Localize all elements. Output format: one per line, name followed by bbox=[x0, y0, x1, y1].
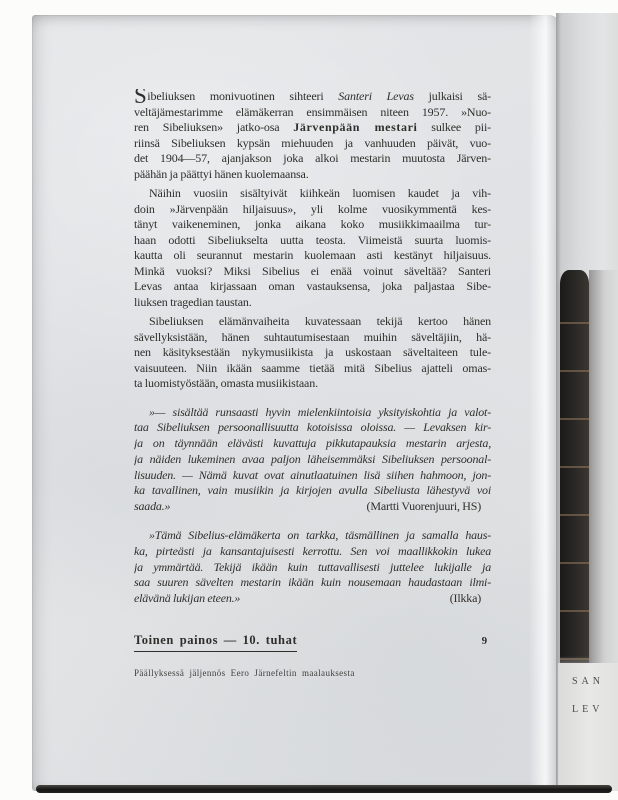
text-segment: det 1904—57, ajanjakson joka alkoi mesta… bbox=[134, 151, 491, 165]
text-line: Näihin vuosiin sisältyivät kiihkeän luom… bbox=[134, 186, 491, 202]
dust-jacket-back-cover: Sibeliuksen monivuotinen sihteeri Santer… bbox=[32, 15, 559, 791]
text-line: Levas antaa kirjassaan oman vastauksensa… bbox=[134, 279, 491, 295]
text-segment: saa suuren sävelten mestarin ikään kuin … bbox=[134, 575, 491, 589]
text-segment: »— sisältää runsaasti hyvin mielenkiinto… bbox=[149, 405, 491, 419]
text-segment: veltäjämestarimme elämäkerran ensimmäise… bbox=[134, 105, 491, 119]
cover-art-credit: Päällyksessä jäljennös Eero Järnefeltin … bbox=[134, 666, 491, 682]
text-line: saa suuren sävelten mestarin ikään kuin … bbox=[134, 575, 491, 591]
text-segment: julkaisi sä- bbox=[414, 89, 491, 103]
text-line: nen käsityksestään nykymusiikista ja usk… bbox=[134, 345, 491, 361]
review-quote-vuorenjuuri: »— sisältää runsaasti hyvin mielenkiinto… bbox=[134, 405, 491, 516]
text-line: ja näiden lukeminen avaa paljon läheisem… bbox=[134, 452, 491, 468]
book-block-spine bbox=[560, 270, 589, 666]
text-line: riinsä Sibeliuksen kypsän miehuuden ja v… bbox=[134, 136, 491, 152]
text-segment: sulkee pii- bbox=[417, 120, 491, 134]
text-line: det 1904—57, ajanjakson joka alkoi mesta… bbox=[134, 151, 491, 167]
text-segment: ta luomistyöstään, omasta musiikistaan. bbox=[134, 376, 318, 390]
text-segment: ibeliuksen monivuotinen sihteeri bbox=[147, 89, 338, 103]
text-segment: ja on täynnään elävästi kuvattuja pikkut… bbox=[134, 436, 491, 450]
text-line: doin »Järvenpään hiljaisuus», yli kolme … bbox=[134, 202, 491, 218]
contents-paragraph: Sibeliuksen elämänvaiheita kuvatessaan t… bbox=[134, 314, 491, 392]
text-segment: Levas antaa kirjassaan oman vastauksensa… bbox=[134, 279, 491, 293]
text-segment: doin »Järvenpään hiljaisuus», yli kolme … bbox=[134, 202, 491, 216]
text-line: ren Sibeliuksen» jatko-osa Järvenpään me… bbox=[134, 120, 491, 136]
text-line: ta luomistyöstään, omasta musiikistaan. bbox=[134, 376, 491, 392]
text-line: taa Sibeliuksen persoonallisuutta kotois… bbox=[134, 420, 491, 436]
text-segment: ka, pirteästi ja kansantajuisesti kerrot… bbox=[134, 544, 491, 558]
text-line: päähän ja päättyi hänen kuolemaansa. bbox=[134, 167, 491, 183]
text-segment: liuksen tragedian taustan. bbox=[134, 295, 252, 309]
book-block-shadow bbox=[589, 270, 618, 666]
text-segment: elävänä lukijan eteen.» bbox=[134, 591, 240, 607]
text-segment: Järvenpään mestari bbox=[293, 120, 417, 134]
text-line: Sibeliuksen elämänvaiheita kuvatessaan t… bbox=[134, 314, 491, 330]
page-number: 9 bbox=[482, 634, 491, 650]
quote-attribution: (Martti Vuorenjuuri, HS) bbox=[367, 499, 491, 515]
text-segment: Sibeliuksen elämänvaiheita kuvatessaan t… bbox=[149, 314, 491, 328]
spine-author-line-1: SAN bbox=[572, 676, 618, 687]
text-segment: Santeri Levas bbox=[338, 89, 414, 103]
text-segment: vaisuuteen. Niin ikään saamme tietää mit… bbox=[134, 361, 491, 375]
text-line: kautta oli seurannut mestarin kuolemaan … bbox=[134, 248, 491, 264]
text-segment: ren Sibeliuksen» jatko-osa bbox=[134, 120, 293, 134]
text-line: liuksen tragedian taustan. bbox=[134, 295, 491, 311]
text-line: elävänä lukijan eteen.»(Ilkka) bbox=[134, 591, 491, 607]
text-segment: »Tämä Sibelius-elämäkerta on tarkka, täs… bbox=[149, 528, 491, 542]
text-line: vaisuuteen. Niin ikään saamme tietää mit… bbox=[134, 361, 491, 377]
text-segment: lisuuden. — Nämä kuvat ovat ainutlaatuin… bbox=[134, 468, 491, 482]
text-line: »— sisältää runsaasti hyvin mielenkiinto… bbox=[134, 405, 491, 421]
text-line: haan odotti Sibeliukselta uutta teosta. … bbox=[134, 233, 491, 249]
text-segment: Minkä vuoksi? Miksi Sibelius ei enää voi… bbox=[134, 264, 491, 278]
text-segment: riinsä Sibeliuksen kypsän miehuuden ja v… bbox=[134, 136, 491, 150]
text-segment: nen käsityksestään nykymusiikista ja usk… bbox=[134, 345, 491, 359]
intro-paragraph: Sibeliuksen monivuotinen sihteeri Santer… bbox=[134, 89, 491, 182]
footer-row: Toinen painos — 10. tuhat 9 bbox=[134, 633, 491, 652]
text-line: veltäjämestarimme elämäkerran ensimmäise… bbox=[134, 105, 491, 121]
text-segment: haan odotti Sibeliukselta uutta teosta. … bbox=[134, 233, 491, 247]
silence-paragraph: Näihin vuosiin sisältyivät kiihkeän luom… bbox=[134, 186, 491, 310]
text-segment: päähän ja päättyi hänen kuolemaansa. bbox=[134, 167, 309, 181]
spine-author-line-2: LEV bbox=[572, 704, 618, 715]
text-line: Sibeliuksen monivuotinen sihteeri Santer… bbox=[134, 89, 491, 105]
text-segment: taa Sibeliuksen persoonallisuutta kotois… bbox=[134, 420, 491, 434]
page-text: Sibeliuksen monivuotinen sihteeri Santer… bbox=[134, 89, 491, 681]
text-segment: ka tavallinen, vain musiikin ja kirjojen… bbox=[134, 483, 491, 497]
text-line: ka, pirteästi ja kansantajuisesti kerrot… bbox=[134, 544, 491, 560]
text-segment: ja ymmärtää. Tekijä ikään kuin tuttavall… bbox=[134, 560, 491, 574]
edition-note: Toinen painos — 10. tuhat bbox=[134, 633, 297, 652]
jacket-spine-bottom: SAN LEV bbox=[558, 663, 618, 791]
text-segment: Näihin vuosiin sisältyivät kiihkeän luom… bbox=[149, 186, 491, 200]
text-line: saada.»(Martti Vuorenjuuri, HS) bbox=[134, 499, 491, 515]
text-line: ja ymmärtää. Tekijä ikään kuin tuttavall… bbox=[134, 560, 491, 576]
book-photo: Sibeliuksen monivuotinen sihteeri Santer… bbox=[0, 0, 618, 800]
text-line: ja on täynnään elävästi kuvattuja pikkut… bbox=[134, 436, 491, 452]
text-segment: sävellyksistään, hänen suhtautumisestaan… bbox=[134, 330, 491, 344]
text-segment: kautta oli seurannut mestarin kuolemaan … bbox=[134, 248, 491, 262]
text-segment: saada.» bbox=[134, 499, 170, 515]
text-line: lisuuden. — Nämä kuvat ovat ainutlaatuin… bbox=[134, 468, 491, 484]
text-line: ka tavallinen, vain musiikin ja kirjojen… bbox=[134, 483, 491, 499]
text-segment: ja näiden lukeminen avaa paljon läheisem… bbox=[134, 452, 491, 466]
text-line: sävellyksistään, hänen suhtautumisestaan… bbox=[134, 330, 491, 346]
text-line: tänyt vaikeneminen, jonka aikana koko mu… bbox=[134, 217, 491, 233]
text-line: »Tämä Sibelius-elämäkerta on tarkka, täs… bbox=[134, 528, 491, 544]
text-line: Minkä vuoksi? Miksi Sibelius ei enää voi… bbox=[134, 264, 491, 280]
review-quote-ilkka: »Tämä Sibelius-elämäkerta on tarkka, täs… bbox=[134, 528, 491, 607]
book-bottom-edge bbox=[36, 785, 612, 793]
quote-attribution: (Ilkka) bbox=[450, 591, 491, 607]
text-segment: tänyt vaikeneminen, jonka aikana koko mu… bbox=[134, 217, 491, 231]
book-edge-area: SAN LEV bbox=[556, 13, 618, 791]
